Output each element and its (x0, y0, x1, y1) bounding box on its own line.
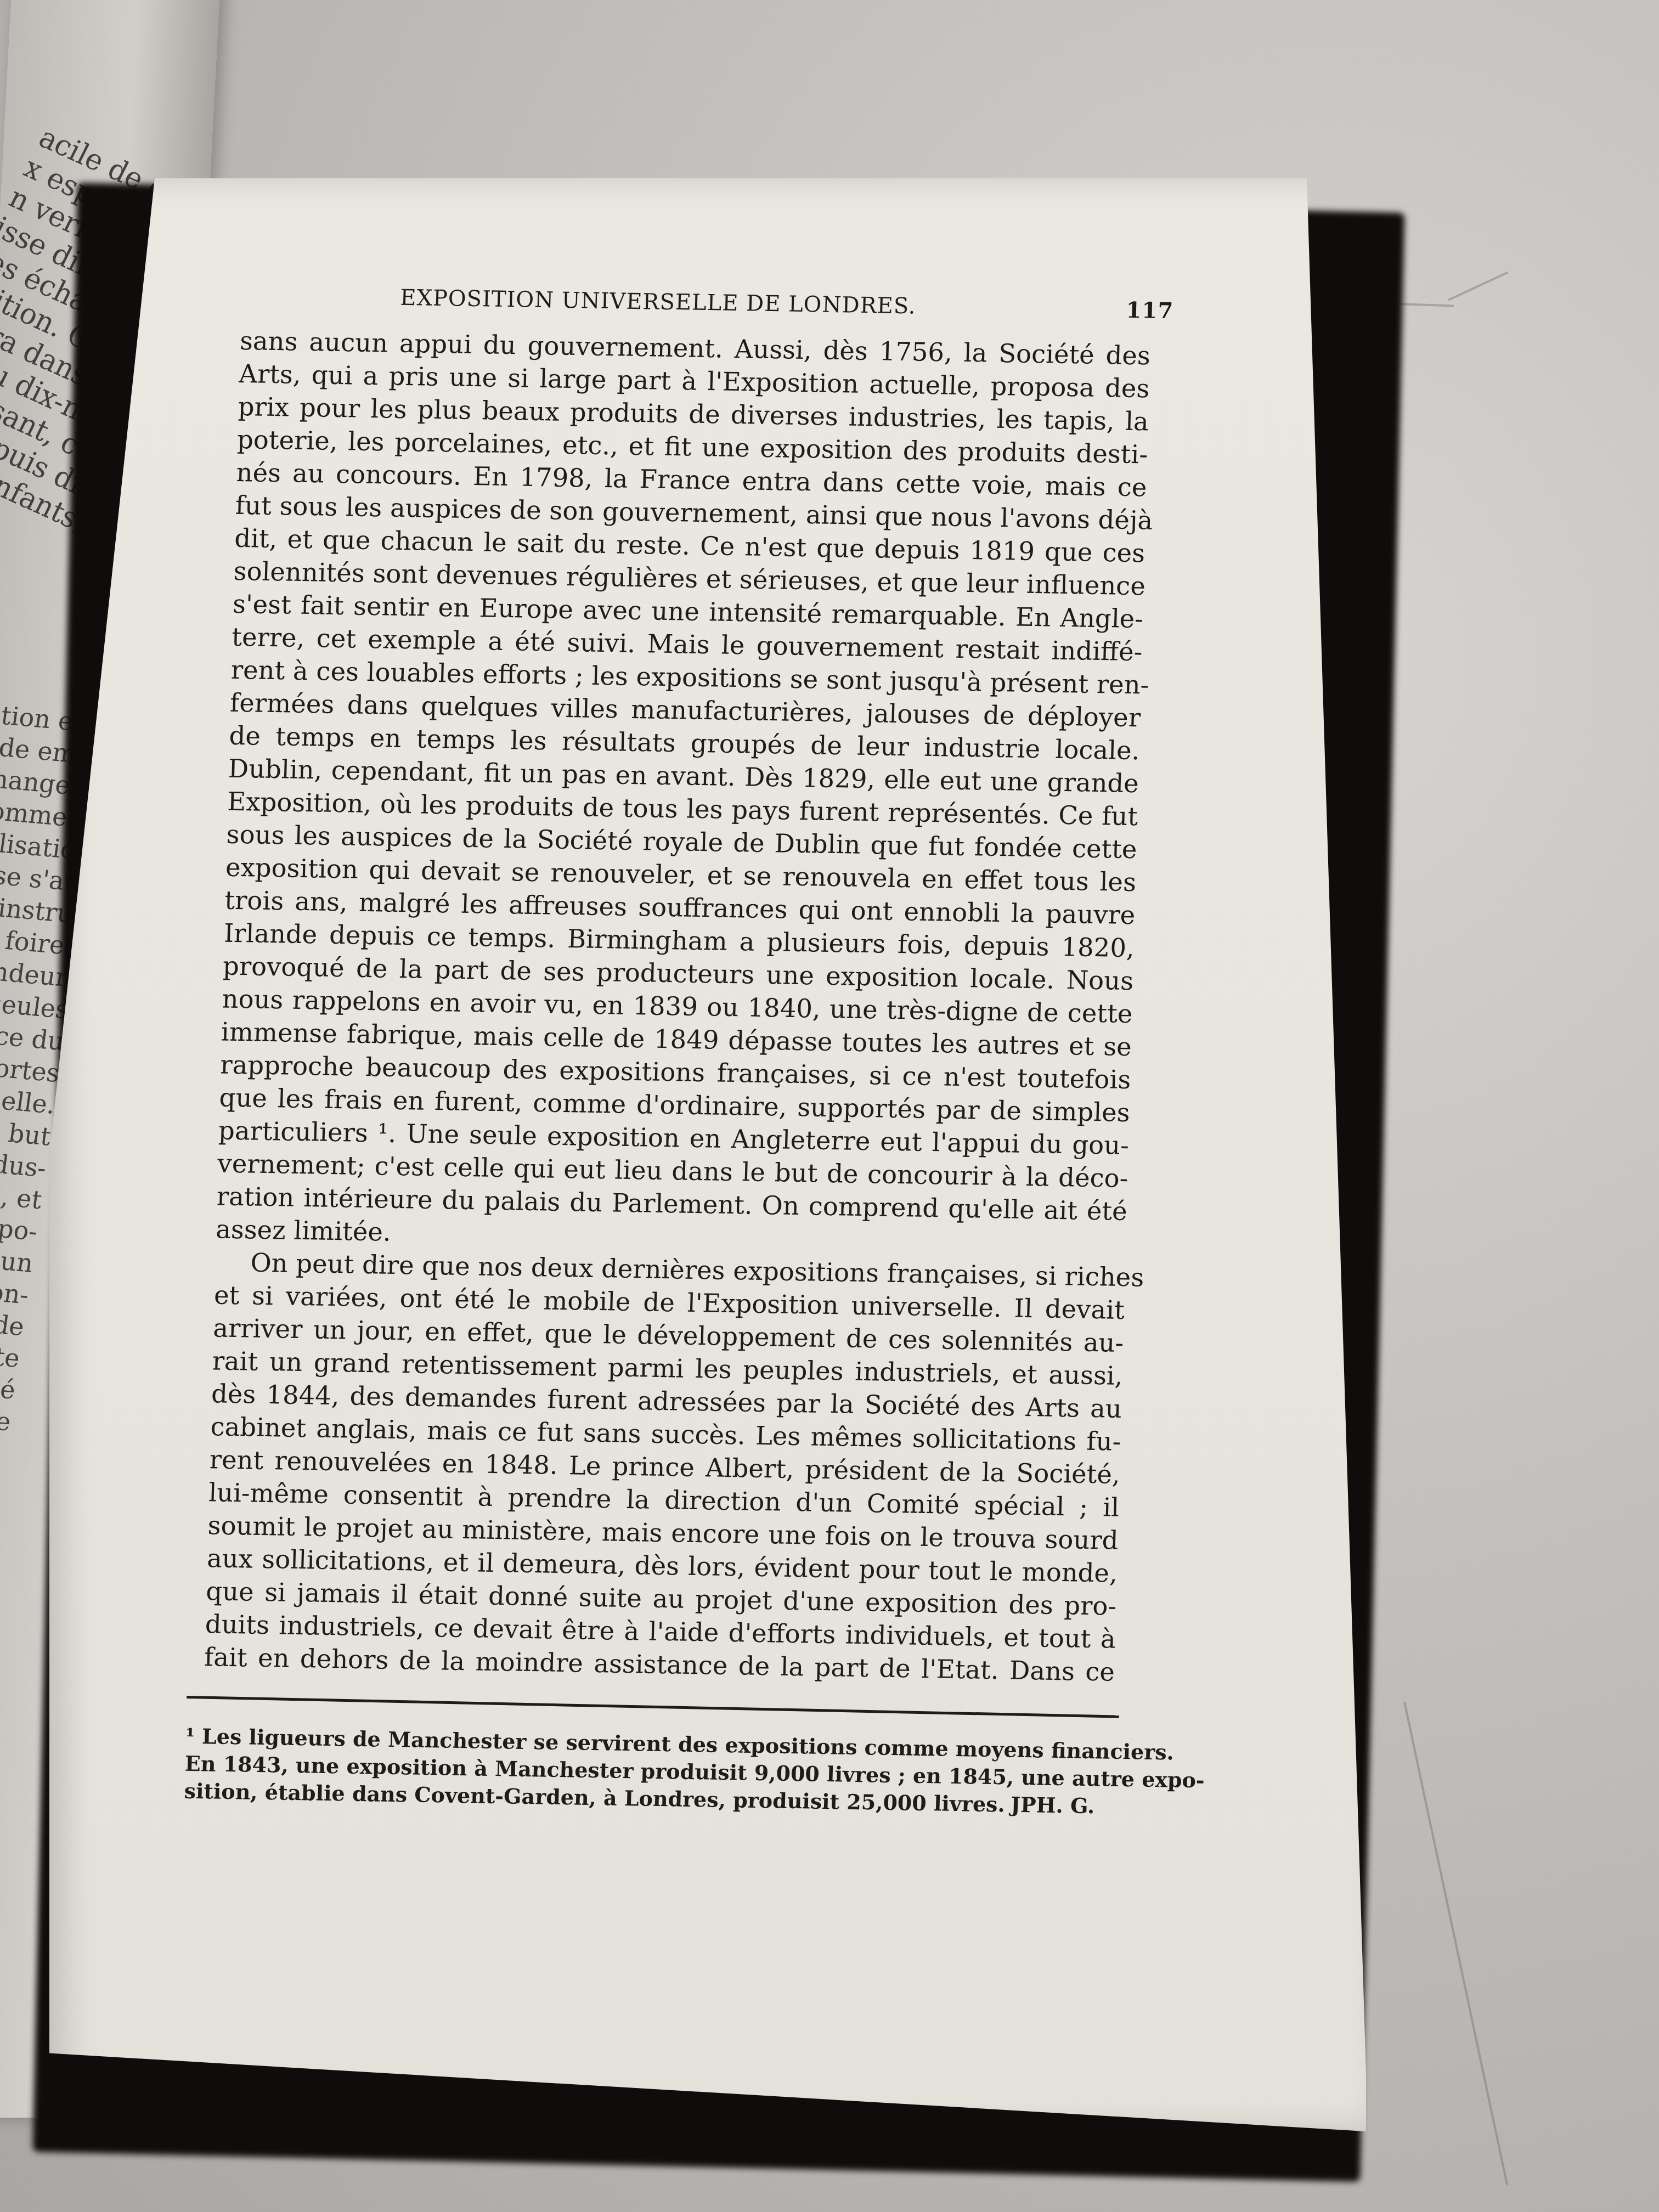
marble-vein (1403, 1702, 1508, 2185)
body-text: sans aucun appui du gouvernement. Aussi,… (204, 324, 1150, 1689)
footnote-rule (187, 1696, 1119, 1718)
page-content: EXPOSITION UNIVERSELLE DE LONDRES. 117 s… (200, 283, 1152, 1820)
page-number: 117 (1126, 297, 1174, 324)
footnote-signature: JPH. G. (1010, 1791, 1095, 1820)
marble-vein (1448, 271, 1508, 301)
footnote: ¹ Les ligueurs de Manchester se serviren… (184, 1723, 1135, 1821)
